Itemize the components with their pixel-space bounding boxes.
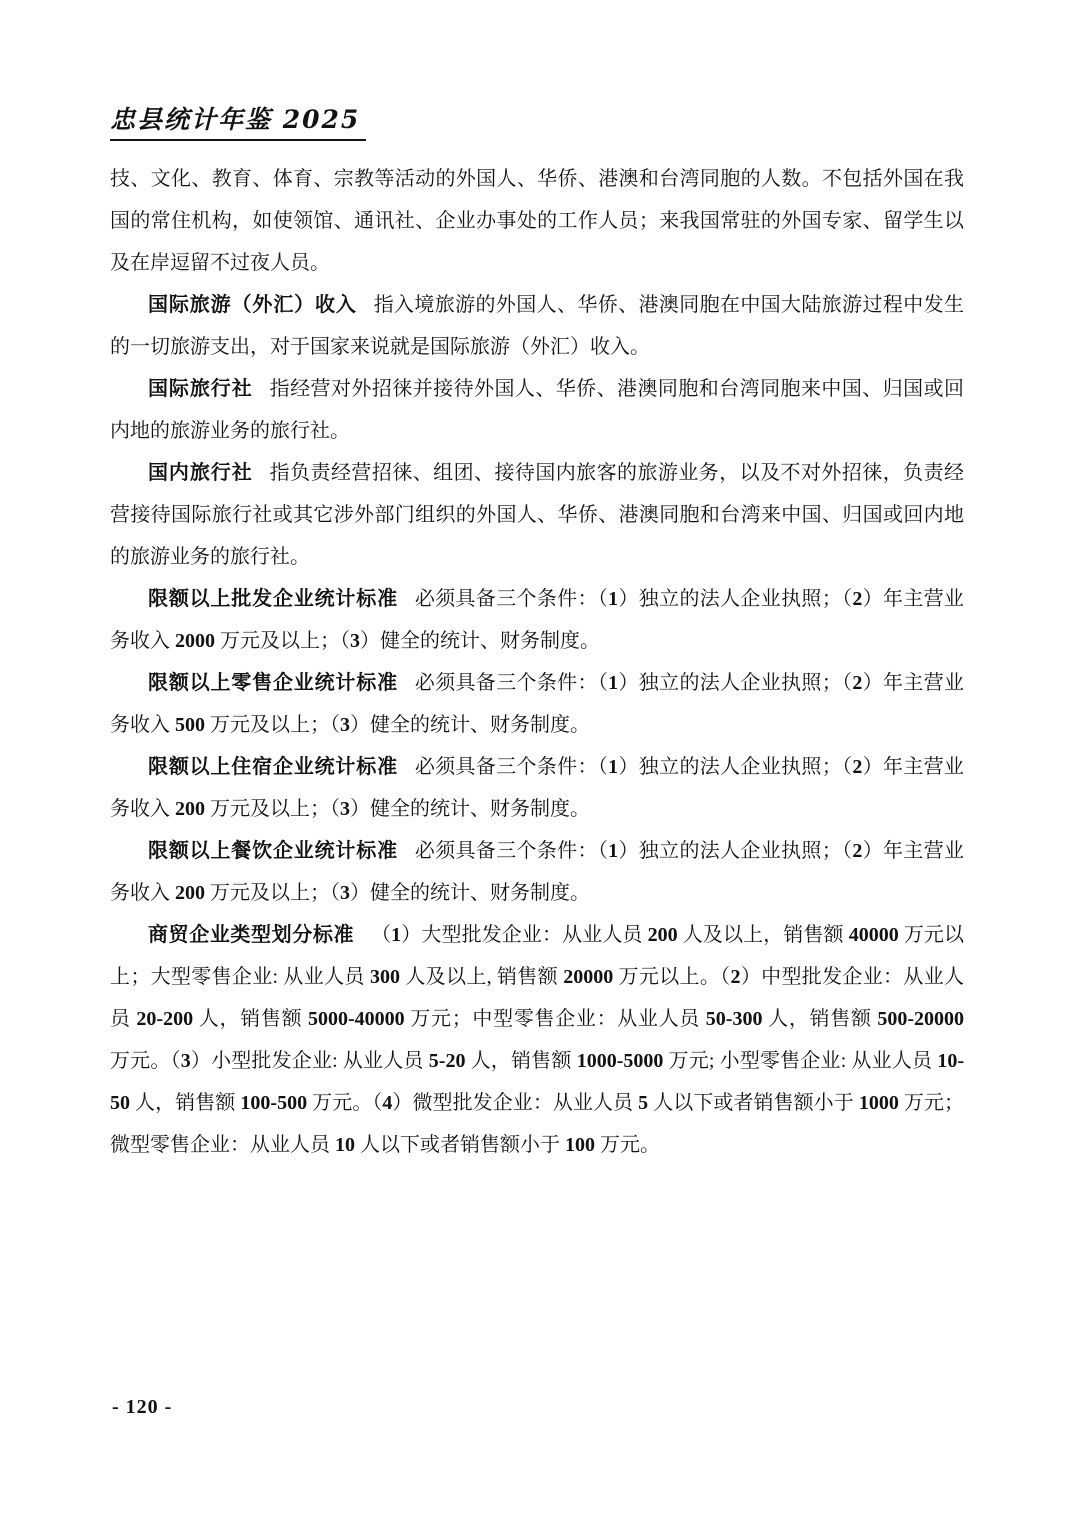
numeric-value: 10-50: [110, 1050, 964, 1114]
paragraph: 商贸企业类型划分标准（1）大型批发企业：从业人员 200 人及以上，销售额 40…: [110, 914, 964, 1166]
page-number: - 120 -: [112, 1396, 172, 1419]
numeric-value: 4: [382, 1092, 392, 1114]
paragraph: 限额以上住宿企业统计标准必须具备三个条件：（1）独立的法人企业执照；（2）年主营…: [110, 746, 964, 830]
paragraph: 限额以上餐饮企业统计标准必须具备三个条件：（1）独立的法人企业执照；（2）年主营…: [110, 830, 964, 914]
numeric-value: 100: [565, 1134, 595, 1156]
numeric-value: 500-20000: [877, 1008, 964, 1030]
numeric-value: 5000-40000: [308, 1008, 405, 1030]
numeric-value: 1: [391, 924, 401, 946]
definition-term: 限额以上批发企业统计标准: [148, 588, 398, 610]
paragraph: 限额以上批发企业统计标准必须具备三个条件：（1）独立的法人企业执照；（2）年主营…: [110, 578, 964, 662]
definition-term: 限额以上零售企业统计标准: [148, 672, 398, 694]
numeric-value: 3: [340, 882, 350, 904]
numeric-value: 3: [340, 798, 350, 820]
paragraph: 限额以上零售企业统计标准必须具备三个条件：（1）独立的法人企业执照；（2）年主营…: [110, 662, 964, 746]
numeric-value: 1: [608, 672, 618, 694]
numeric-value: 1: [608, 588, 618, 610]
page-header: 忠县统计年鉴 2025: [110, 100, 366, 141]
definition-term: 国际旅行社: [148, 378, 253, 400]
numeric-value: 200: [175, 882, 205, 904]
numeric-value: 200: [175, 798, 205, 820]
paragraph: 国际旅游（外汇）收入指入境旅游的外国人、华侨、港澳同胞在中国大陆旅游过程中发生的…: [110, 284, 964, 368]
numeric-value: 2000: [175, 630, 215, 652]
paragraph: 国内旅行社指负责经营招徕、组团、接待国内旅客的旅游业务，以及不对外招徕，负责经营…: [110, 452, 964, 578]
numeric-value: 100-500: [240, 1092, 307, 1114]
numeric-value: 50-300: [706, 1008, 763, 1030]
numeric-value: 20000: [563, 966, 613, 988]
definition-text: （1）大型批发企业：从业人员 200 人及以上，销售额 40000 万元以上；大…: [110, 924, 964, 1156]
numeric-value: 3: [181, 1050, 191, 1072]
numeric-value: 2: [731, 966, 741, 988]
definition-term: 限额以上住宿企业统计标准: [148, 756, 398, 778]
numeric-value: 3: [350, 630, 360, 652]
definition-term: 限额以上餐饮企业统计标准: [148, 840, 398, 862]
numeric-value: 300: [370, 966, 400, 988]
paragraph: 技、文化、教育、体育、宗教等活动的外国人、华侨、港澳和台湾同胞的人数。不包括外国…: [110, 158, 964, 284]
numeric-value: 1: [608, 756, 618, 778]
numeric-value: 2: [852, 756, 862, 778]
numeric-value: 3: [340, 714, 350, 736]
numeric-value: 20-200: [136, 1008, 193, 1030]
document-body: 技、文化、教育、体育、宗教等活动的外国人、华侨、港澳和台湾同胞的人数。不包括外国…: [110, 158, 964, 1166]
numeric-value: 2: [852, 672, 862, 694]
numeric-value: 2: [852, 588, 862, 610]
numeric-value: 1: [608, 840, 618, 862]
numeric-value: 2: [852, 840, 862, 862]
numeric-value: 5: [638, 1092, 648, 1114]
definition-text: 技、文化、教育、体育、宗教等活动的外国人、华侨、港澳和台湾同胞的人数。不包括外国…: [110, 168, 964, 274]
numeric-value: 40000: [849, 924, 899, 946]
definition-term: 国际旅游（外汇）收入: [148, 294, 357, 316]
numeric-value: 5-20: [429, 1050, 466, 1072]
definition-term: 商贸企业类型划分标准: [148, 924, 354, 946]
numeric-value: 500: [175, 714, 205, 736]
numeric-value: 1000: [859, 1092, 899, 1114]
numeric-value: 1000-5000: [577, 1050, 664, 1072]
numeric-value: 200: [648, 924, 678, 946]
document-page: 忠县统计年鉴 2025 技、文化、教育、体育、宗教等活动的外国人、华侨、港澳和台…: [0, 0, 1074, 1520]
page-header-title: 忠县统计年鉴 2025: [110, 100, 366, 141]
definition-term: 国内旅行社: [148, 462, 253, 484]
numeric-value: 10: [335, 1134, 355, 1156]
paragraph: 国际旅行社指经营对外招徕并接待外国人、华侨、港澳同胞和台湾同胞来中国、归国或回内…: [110, 368, 964, 452]
